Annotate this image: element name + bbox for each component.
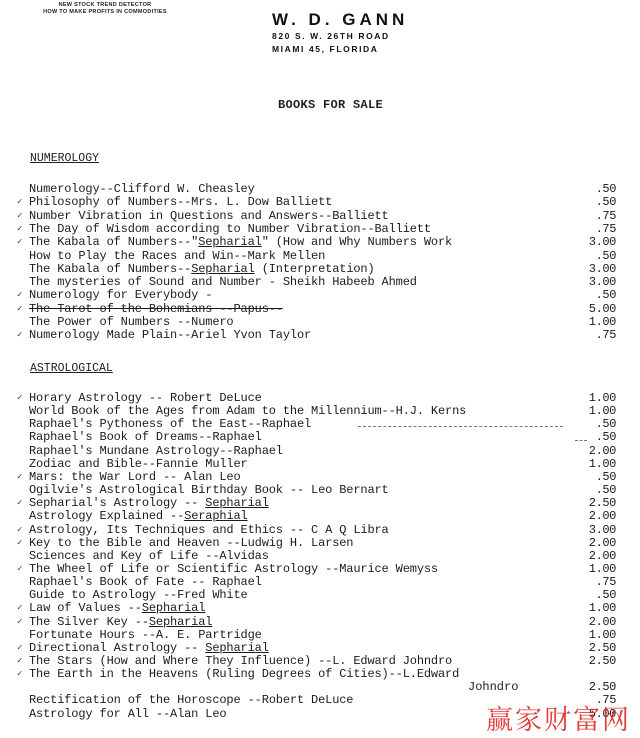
book-title: Astrology for All --Alan Leo: [29, 708, 226, 721]
book-row-continuation: Johndro2.50: [0, 681, 640, 694]
book-price: .75: [576, 576, 616, 589]
book-row: ✓Horary Astrology -- Robert DeLuce1.00: [0, 392, 640, 405]
book-title: Numerology--Clifford W. Cheasley: [29, 183, 255, 196]
book-title: Zodiac and Bible--Fannie Muller: [29, 458, 248, 471]
book-title: Raphael's Pythoness of the East--Raphael: [29, 418, 311, 431]
book-title: Number Vibration in Questions and Answer…: [29, 210, 389, 223]
book-price: 2.00: [576, 550, 616, 563]
book-price: 2.50: [576, 642, 616, 655]
book-price: 3.00: [576, 276, 616, 289]
book-title: Sepharial's Astrology -- Sepharial: [29, 497, 269, 510]
book-price: 2.00: [576, 537, 616, 550]
book-row: Sciences and Key of Life --Alvidas2.00: [0, 550, 640, 563]
book-price: 1.00: [576, 405, 616, 418]
book-row: How to Play the Races and Win--Mark Mell…: [0, 250, 640, 263]
book-price: 3.00: [576, 236, 616, 249]
book-price: .75: [576, 210, 616, 223]
book-price: 1.00: [576, 629, 616, 642]
book-title: Guide to Astrology --Fred White: [29, 589, 248, 602]
tagline-2: How to Make Profits in Commodities: [20, 9, 190, 16]
book-price: .50: [576, 589, 616, 602]
book-title: How to Play the Races and Win--Mark Mell…: [29, 250, 325, 263]
check-mark-icon: ✓: [17, 303, 27, 316]
book-title: Rectification of the Horoscope --Robert …: [29, 694, 353, 707]
book-price: 1.00: [576, 563, 616, 576]
book-row: ✓Directional Astrology -- Sepharial2.50: [0, 642, 640, 655]
book-row: Raphael's Mundane Astrology--Raphael2.00: [0, 445, 640, 458]
book-row: The mysteries of Sound and Number - Shei…: [0, 276, 640, 289]
book-row: ✓The Kabala of Numbers--"Sepharial" (How…: [0, 236, 640, 249]
author-underlined: Sepharial: [149, 615, 212, 629]
book-row: ✓Astrology, Its Techniques and Ethics --…: [0, 524, 640, 537]
letterhead-address-2: MIAMI 45, FLORIDA: [272, 43, 412, 56]
book-row: ✓Philosophy of Numbers--Mrs. L. Dow Ball…: [0, 196, 640, 209]
book-row: World Book of the Ages from Adam to the …: [0, 405, 640, 418]
book-title: Key to the Bible and Heaven --Ludwig H. …: [29, 537, 353, 550]
book-title: The Day of Wisdom according to Number Vi…: [29, 223, 431, 236]
check-mark-icon: ✓: [17, 210, 27, 223]
book-title: The Power of Numbers --Numero: [29, 316, 233, 329]
book-title: Directional Astrology -- Sepharial: [29, 642, 269, 655]
book-price: .50: [576, 431, 616, 444]
check-mark-icon: ✓: [17, 602, 27, 615]
book-title: Sciences and Key of Life --Alvidas: [29, 550, 269, 563]
book-title: Raphael's Book of Fate -- Raphael: [29, 576, 262, 589]
book-title: The Stars (How and Where They Influence)…: [29, 655, 452, 668]
book-title: Raphael's Mundane Astrology--Raphael: [29, 445, 283, 458]
book-title: The Wheel of Life or Scientific Astrolog…: [29, 563, 438, 576]
author-underlined: Sepharial: [142, 601, 205, 615]
book-title: Astrology Explained --Seraphial: [29, 510, 248, 523]
book-price: 1.00: [576, 602, 616, 615]
book-title: The Kabala of Numbers--Sepharial (Interp…: [29, 263, 375, 276]
book-price: 2.00: [576, 445, 616, 458]
book-title: The Tarot of the Bohemians --Papus--: [29, 303, 283, 316]
check-mark-icon: ✓: [17, 524, 27, 537]
section-heading: ASTROLOGICAL: [30, 362, 113, 375]
check-mark-icon: ✓: [17, 642, 27, 655]
letterhead-name: W. D. GANN: [272, 10, 412, 30]
book-row: ✓The Earth in the Heavens (Ruling Degree…: [0, 668, 640, 681]
book-row: Zodiac and Bible--Fannie Muller1.00: [0, 458, 640, 471]
book-row: The Kabala of Numbers--Sepharial (Interp…: [0, 263, 640, 276]
book-title: Philosophy of Numbers--Mrs. L. Dow Balli…: [29, 196, 332, 209]
book-row: Numerology--Clifford W. Cheasley.50: [0, 183, 640, 196]
book-row: Raphael's Pythoness of the East--Raphael…: [0, 418, 640, 431]
book-price: .50: [576, 289, 616, 302]
book-title: Ogilvie's Astrological Birthday Book -- …: [29, 484, 389, 497]
check-mark-icon: ✓: [17, 668, 27, 681]
book-price: .75: [576, 329, 616, 342]
book-price: .50: [576, 418, 616, 431]
book-price: 2.50: [576, 655, 616, 668]
check-mark-icon: ✓: [17, 289, 27, 302]
book-row: ✓Sepharial's Astrology -- Sepharial2.50: [0, 497, 640, 510]
book-row: Guide to Astrology --Fred White.50: [0, 589, 640, 602]
book-row: ✓Mars: the War Lord -- Alan Leo.50: [0, 471, 640, 484]
letterhead-taglines: New Stock Trend Detector How to Make Pro…: [20, 2, 190, 16]
check-mark-icon: ✓: [17, 497, 27, 510]
book-title: Mars: the War Lord -- Alan Leo: [29, 471, 241, 484]
book-title: The Earth in the Heavens (Ruling Degrees…: [29, 668, 459, 681]
book-title: Horary Astrology -- Robert DeLuce: [29, 392, 262, 405]
book-row: ✓The Stars (How and Where They Influence…: [0, 655, 640, 668]
document-title: BOOKS FOR SALE: [278, 98, 383, 112]
book-price: 2.50: [576, 681, 616, 694]
check-mark-icon: ✓: [17, 537, 27, 550]
book-title: The Kabala of Numbers--"Sepharial" (How …: [29, 236, 452, 249]
book-price: 1.00: [576, 392, 616, 405]
book-price: 3.00: [576, 263, 616, 276]
author-underlined: Sepharial: [191, 262, 254, 276]
pencil-dash-mark: [575, 440, 587, 441]
book-row: Astrology Explained --Seraphial2.00: [0, 510, 640, 523]
check-mark-icon: ✓: [17, 223, 27, 236]
author-underlined: Seraphial: [184, 509, 247, 523]
check-mark-icon: ✓: [17, 236, 27, 249]
book-price: 5.00: [576, 303, 616, 316]
check-mark-icon: ✓: [17, 563, 27, 576]
check-mark-icon: ✓: [17, 616, 27, 629]
book-price: 2.00: [576, 616, 616, 629]
book-row: ✓Numerology for Everybody -.50: [0, 289, 640, 302]
book-title: Numerology for Everybody -: [29, 289, 212, 302]
author-underlined: Sepharial: [205, 496, 268, 510]
check-mark-icon: ✓: [17, 329, 27, 342]
book-title: Law of Values --Sepharial: [29, 602, 205, 615]
check-mark-icon: ✓: [17, 196, 27, 209]
book-price: 2.50: [576, 497, 616, 510]
tagline-1: New Stock Trend Detector: [20, 2, 190, 9]
book-row: Fortunate Hours --A. E. Partridge1.00: [0, 629, 640, 642]
book-title: World Book of the Ages from Adam to the …: [29, 405, 466, 418]
book-price: 1.00: [576, 458, 616, 471]
book-price: .50: [576, 250, 616, 263]
book-price: 3.00: [576, 524, 616, 537]
book-price: .50: [576, 471, 616, 484]
watermark: 赢家财富网: [486, 698, 631, 737]
book-title: Numerology Made Plain--Ariel Yvon Taylor: [29, 329, 311, 342]
book-price: 2.00: [576, 510, 616, 523]
author-underlined: Sepharial: [198, 235, 261, 249]
section-heading: NUMEROLOGY: [30, 152, 99, 165]
check-mark-icon: ✓: [17, 655, 27, 668]
book-row: Ogilvie's Astrological Birthday Book -- …: [0, 484, 640, 497]
letterhead-address-1: 820 S. W. 26TH ROAD: [272, 30, 412, 43]
book-price: .50: [576, 484, 616, 497]
book-title: Astrology, Its Techniques and Ethics -- …: [29, 524, 389, 537]
book-price: .50: [576, 196, 616, 209]
book-row: ✓The Silver Key --Sepharial2.00: [0, 616, 640, 629]
book-row: ✓The Day of Wisdom according to Number V…: [0, 223, 640, 236]
book-row: ✓Number Vibration in Questions and Answe…: [0, 210, 640, 223]
check-mark-icon: ✓: [17, 392, 27, 405]
book-row: ✓Law of Values --Sepharial1.00: [0, 602, 640, 615]
author-underlined: Sepharial: [205, 641, 268, 655]
book-price: 1.00: [576, 316, 616, 329]
book-title: The Silver Key --Sepharial: [29, 616, 212, 629]
check-mark-icon: ✓: [17, 471, 27, 484]
book-row: The Power of Numbers --Numero1.00: [0, 316, 640, 329]
pencil-dash-mark: [358, 426, 563, 427]
book-title: Fortunate Hours --A. E. Partridge: [29, 629, 262, 642]
book-price: .50: [576, 183, 616, 196]
book-row: ✓Numerology Made Plain--Ariel Yvon Taylo…: [0, 329, 640, 342]
book-row: ✓The Tarot of the Bohemians --Papus--5.0…: [0, 303, 640, 316]
book-row: ✓The Wheel of Life or Scientific Astrolo…: [0, 563, 640, 576]
book-row: ✓Key to the Bible and Heaven --Ludwig H.…: [0, 537, 640, 550]
book-title: The mysteries of Sound and Number - Shei…: [29, 276, 417, 289]
book-price: .75: [576, 223, 616, 236]
letterhead: W. D. GANN 820 S. W. 26TH ROAD MIAMI 45,…: [272, 10, 412, 56]
book-row: Raphael's Book of Dreams--Raphael.50: [0, 431, 640, 444]
book-title: Raphael's Book of Dreams--Raphael: [29, 431, 262, 444]
book-title-continuation: Johndro: [468, 681, 518, 694]
book-row: Raphael's Book of Fate -- Raphael.75: [0, 576, 640, 589]
